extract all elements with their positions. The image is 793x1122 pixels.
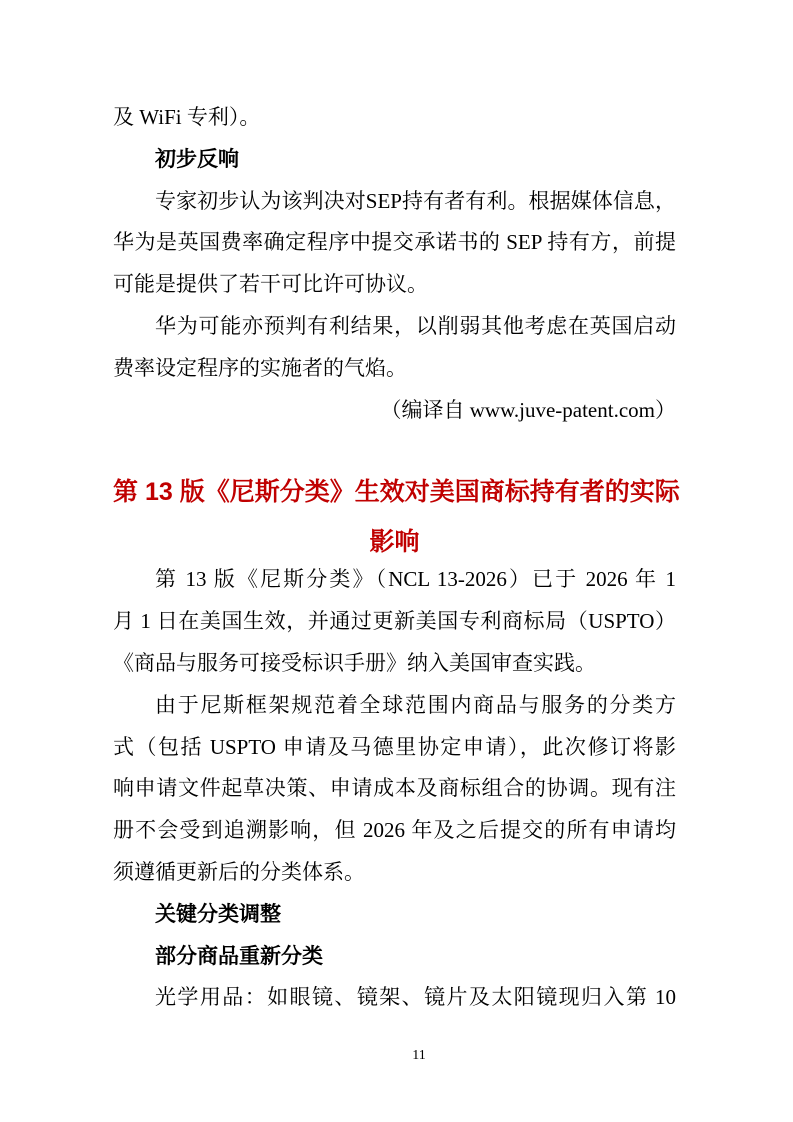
paragraph-line: 月 1 日在美国生效，并通过更新美国专利商标局（USPTO） [113,601,676,643]
paragraph-line: 须遵循更新后的分类体系。 [113,852,676,894]
paragraph-line: 式（包括 USPTO 申请及马德里协定申请），此次修订将影 [113,727,676,769]
paragraph-line: 册不会受到追溯影响，但 2026 年及之后提交的所有申请均 [113,810,676,852]
section-subheading: 关键分类调整 [113,894,676,936]
paragraph-line: 专家初步认为该判决对SEP持有者有利。根据媒体信息， [113,181,676,223]
paragraph-line: 《商品与服务可接受标识手册》纳入美国审查实践。 [113,643,676,685]
paragraph-line: 光学用品：如眼镜、镜架、镜片及太阳镜现归入第 10 [113,977,676,1019]
article-title-line-1: 第 13 版《尼斯分类》生效对美国商标持有者的实际 [113,467,676,517]
paragraph-line: 响申请文件起草决策、申请成本及商标组合的协调。现有注 [113,768,676,810]
document-page: 及 WiFi 专利）。 初步反响 专家初步认为该判决对SEP持有者有利。根据媒体… [0,0,793,1122]
paragraph-line: 由于尼斯框架规范着全球范围内商品与服务的分类方 [113,685,676,727]
source-attribution: （编译自 www.juve-patent.com） [113,390,676,432]
paragraph-line: 华为是英国费率确定程序中提交承诺书的 SEP 持有方，前提 [113,222,676,264]
page-number: 11 [412,1048,425,1064]
text-column: 及 WiFi 专利）。 初步反响 专家初步认为该判决对SEP持有者有利。根据媒体… [113,97,676,1019]
paragraph-line: 可能是提供了若干可比许可协议。 [113,264,676,306]
section-subheading: 部分商品重新分类 [113,936,676,978]
paragraph-line: 华为可能亦预判有利结果，以削弱其他考虑在英国启动 [113,306,676,348]
paragraph-line: 第 13 版《尼斯分类》（NCL 13-2026）已于 2026 年 1 [113,559,676,601]
paragraph-line: 及 WiFi 专利）。 [113,97,676,139]
article-title: 第 13 版《尼斯分类》生效对美国商标持有者的实际 影响 [113,467,676,567]
section-subheading: 初步反响 [113,139,676,181]
paragraph-line: 费率设定程序的实施者的气焰。 [113,348,676,390]
